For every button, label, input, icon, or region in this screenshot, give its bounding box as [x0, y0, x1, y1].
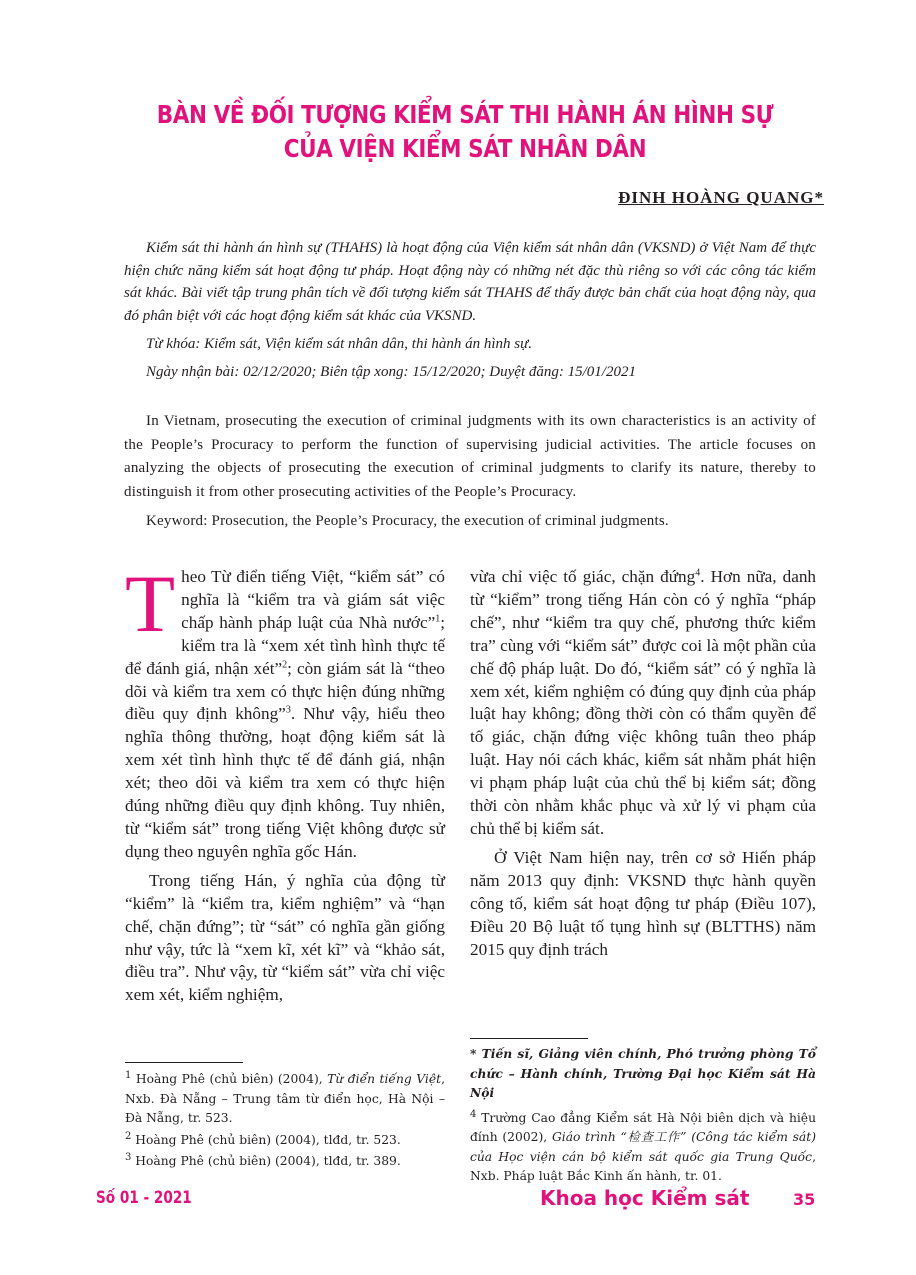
issue-number: Số 01 - 2021	[96, 1188, 192, 1208]
text-run: . Hơn nữa, danh từ “kiểm” trong tiếng Há…	[470, 567, 816, 838]
journal-name: Khoa học Kiểm sát	[540, 1186, 749, 1210]
article-title: BÀN VỀ ĐỐI TƯỢNG KIỂM SÁT THI HÀNH ÁN HÌ…	[151, 98, 779, 166]
text-run: Từ điển tiếng Việt	[327, 1072, 441, 1086]
body-column-left: Theo Từ điển tiếng Việt, “kiểm sát” có n…	[125, 566, 445, 1013]
abstract-english: In Vietnam, prosecuting the execution of…	[124, 410, 816, 540]
title-line-2: CỦA VIỆN KIỂM SÁT NHÂN DÂN	[151, 132, 779, 166]
footnote-2: 2 Hoàng Phê (chủ biên) (2004), tlđd, tr.…	[125, 1131, 445, 1151]
footnotes-left: 1 Hoàng Phê (chủ biên) (2004), Từ điển t…	[125, 1070, 445, 1174]
text-run: heo Từ điển tiếng Việt, “kiểm sát” có ng…	[181, 567, 445, 632]
title-line-1: BÀN VỀ ĐỐI TƯỢNG KIỂM SÁT THI HÀNH ÁN HÌ…	[151, 98, 779, 132]
abstract-en-text: In Vietnam, prosecuting the execution of…	[124, 410, 816, 504]
body-paragraph: Trong tiếng Hán, ý nghĩa của động từ “ki…	[125, 870, 445, 1007]
article-dates: Ngày nhận bài: 02/12/2020; Biên tập xong…	[124, 361, 816, 384]
footnote-divider-left	[125, 1062, 243, 1063]
body-paragraph: Ở Việt Nam hiện nay, trên cơ sở Hiến phá…	[470, 847, 816, 962]
text-run: Hoàng Phê (chủ biên) (2004),	[131, 1072, 327, 1086]
keywords-en: Keyword: Prosecution, the People’s Procu…	[124, 510, 816, 534]
drop-cap: T	[125, 572, 175, 636]
abstract-vietnamese: Kiểm sát thi hành án hình sự (THAHS) là …	[124, 237, 816, 388]
footnote-divider-right	[470, 1038, 588, 1039]
author-name: ĐINH HOÀNG QUANG*	[618, 188, 824, 208]
footnote-3: 3 Hoàng Phê (chủ biên) (2004), tlđd, tr.…	[125, 1152, 445, 1172]
text-run: Hoàng Phê (chủ biên) (2004), tlđd, tr. 5…	[131, 1133, 400, 1147]
body-paragraph: Theo Từ điển tiếng Việt, “kiểm sát” có n…	[125, 566, 445, 864]
footnote-4: 4 Trường Cao đẳng Kiểm sát Hà Nội biên d…	[470, 1109, 816, 1187]
body-column-right: vừa chỉ việc tố giác, chặn đứng4. Hơn nữ…	[470, 566, 816, 967]
journal-page: BÀN VỀ ĐỐI TƯỢNG KIỂM SÁT THI HÀNH ÁN HÌ…	[0, 0, 916, 1275]
text-run: . Như vậy, hiểu theo nghĩa thông thường,…	[125, 704, 445, 860]
keywords-vi: Từ khóa: Kiểm sát, Viện kiểm sát nhân dâ…	[124, 333, 816, 356]
footnote-1: 1 Hoàng Phê (chủ biên) (2004), Từ điển t…	[125, 1070, 445, 1129]
author-affiliation: * Tiến sĩ, Giảng viên chính, Phó trưởng …	[470, 1044, 816, 1103]
text-run: Hoàng Phê (chủ biên) (2004), tlđd, tr. 3…	[131, 1154, 400, 1168]
page-number: 35	[793, 1190, 815, 1209]
body-paragraph: vừa chỉ việc tố giác, chặn đứng4. Hơn nữ…	[470, 566, 816, 841]
footnotes-right: * Tiến sĩ, Giảng viên chính, Phó trưởng …	[470, 1044, 816, 1189]
abstract-vi-text: Kiểm sát thi hành án hình sự (THAHS) là …	[124, 237, 816, 327]
text-run: vừa chỉ việc tố giác, chặn đứng	[470, 567, 695, 586]
